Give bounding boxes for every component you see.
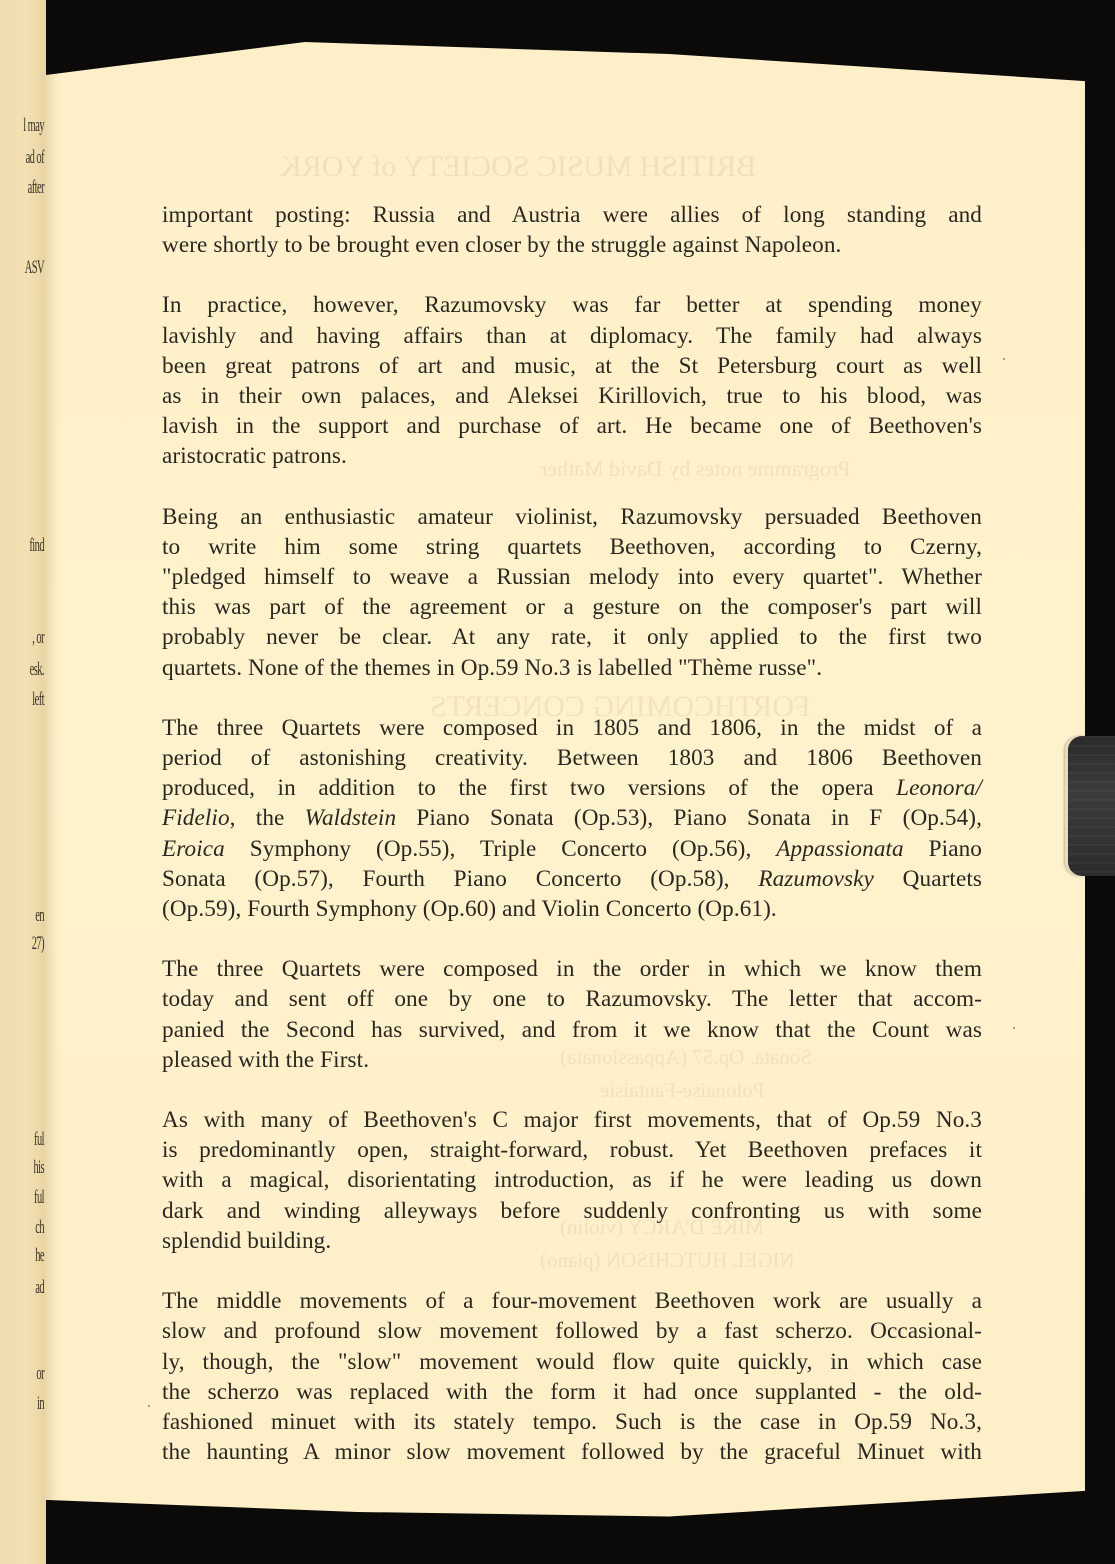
text-run: , the [230,805,305,831]
facing-page-text-fragment: ASV [20,258,44,277]
text-run: Piano [904,836,982,862]
facing-page-text-fragment: ful [20,1130,44,1149]
text-run: The three Quartets were composed in 1805… [162,715,982,741]
facing-page-text-fragment: 27) [20,934,44,953]
text-run: ly, though, the "slow" movement would fl… [162,1349,982,1375]
text-run: as in their own palaces, and Aleksei Kir… [162,383,982,409]
facing-page-text-fragment: ad of [20,148,44,167]
text-run: is predominantly open, straight-forward,… [162,1137,982,1163]
text-line: Fidelio, the Waldstein Piano Sonata (Op.… [162,803,982,833]
italic-title: Razumovsky [758,866,874,892]
text-run: quartets. None of the themes in Op.59 No… [162,655,822,681]
text-line: period of astonishing creativity. Betwee… [162,743,982,773]
text-run: period of astonishing creativity. Betwee… [162,745,982,771]
text-line: Sonata (Op.57), Fourth Piano Concerto (O… [162,864,982,894]
text-run: lavish in the support and purchase of ar… [162,413,982,439]
text-line: probably never be clear. At any rate, it… [162,622,982,652]
paragraph: As with many of Beethoven's C major firs… [162,1105,982,1256]
paper-speck [1003,358,1005,360]
text-run: the scherzo was replaced with the form i… [162,1379,982,1405]
text-line: (Op.59), Fourth Symphony (Op.60) and Vio… [162,894,982,924]
text-run: the haunting A minor slow movement follo… [162,1439,982,1465]
facing-page-text-fragment: find [20,536,44,555]
text-run: important posting: Russia and Austria we… [162,202,982,228]
text-line: to write him some string quartets Beetho… [162,532,982,562]
text-line: pleased with the First. [162,1045,982,1075]
text-run: Being an enthusiastic amateur violinist,… [162,504,982,530]
text-line: "pledged himself to weave a Russian melo… [162,562,982,592]
text-line: the scherzo was replaced with the form i… [162,1377,982,1407]
text-run: Quartets [874,866,982,892]
text-run: slow and profound slow movement followed… [162,1318,982,1344]
text-line: slow and profound slow movement followed… [162,1316,982,1346]
binder-tab [1068,736,1115,876]
italic-title: Fidelio [162,805,230,831]
italic-title: Waldstein [305,805,397,831]
text-line: lavish in the support and purchase of ar… [162,411,982,441]
text-run: lavishly and having affairs than at dipl… [162,323,982,349]
text-line: been great patrons of art and music, at … [162,351,982,381]
text-line: The middle movements of a four-movement … [162,1286,982,1316]
text-line: dark and winding alleyways before sudden… [162,1196,982,1226]
text-line: As with many of Beethoven's C major firs… [162,1105,982,1135]
text-run: this was part of the agreement or a gest… [162,594,982,620]
text-line: The three Quartets were composed in the … [162,954,982,984]
text-line: quartets. None of the themes in Op.59 No… [162,653,982,683]
text-run: today and sent off one by one to Razumov… [162,986,982,1012]
facing-page-text-fragment: after [20,178,44,197]
text-run: aristocratic patrons. [162,443,347,469]
paragraph: The three Quartets were composed in the … [162,954,982,1075]
text-line: aristocratic patrons. [162,441,982,471]
facing-page-text-fragment: in [20,1394,44,1413]
text-line: as in their own palaces, and Aleksei Kir… [162,381,982,411]
text-run: "pledged himself to weave a Russian melo… [162,564,982,590]
text-run: The three Quartets were composed in the … [162,956,982,982]
facing-page-text-fragment: or [20,1364,44,1383]
text-run: Sonata (Op.57), Fourth Piano Concerto (O… [162,866,758,892]
scanned-document: l mayad ofafterASVfind, oresk.leften27)f… [0,0,1115,1564]
text-line: this was part of the agreement or a gest… [162,592,982,622]
facing-page-text-fragment: ful [20,1188,44,1207]
text-run: dark and winding alleyways before sudden… [162,1198,982,1224]
italic-title: Leonora/ [896,775,982,801]
text-line: ly, though, the "slow" movement would fl… [162,1347,982,1377]
paragraph: The middle movements of a four-movement … [162,1286,982,1467]
facing-page-text-fragment: left [20,690,44,709]
facing-page-text-fragment: , or [20,628,44,647]
text-line: important posting: Russia and Austria we… [162,200,982,230]
text-line: In practice, however, Razumovsky was far… [162,290,982,320]
text-run: In practice, however, Razumovsky was far… [162,292,982,318]
text-line: with a magical, disorientating introduct… [162,1165,982,1195]
text-run: Symphony (Op.55), Triple Concerto (Op.56… [225,836,776,862]
text-run: produced, in addition to the first two v… [162,775,896,801]
text-line: today and sent off one by one to Razumov… [162,984,982,1014]
text-run: splendid building. [162,1228,331,1254]
text-run: fashioned minuet with its stately tempo.… [162,1409,982,1435]
facing-page-text-fragment: his [20,1158,44,1177]
paper-speck [1013,1027,1015,1029]
text-run: pleased with the First. [162,1047,369,1073]
text-line: lavishly and having affairs than at dipl… [162,321,982,351]
paragraph: important posting: Russia and Austria we… [162,200,982,260]
facing-page-edge: l mayad ofafterASVfind, oresk.leften27)f… [0,0,46,1564]
text-line: is predominantly open, straight-forward,… [162,1135,982,1165]
binder-tab-texture [1068,736,1115,876]
text-line: panied the Second has survived, and from… [162,1015,982,1045]
text-line: fashioned minuet with its stately tempo.… [162,1407,982,1437]
text-run: Piano Sonata (Op.53), Piano Sonata in F … [396,805,982,831]
facing-page-text-fragment: ch [20,1218,44,1237]
text-run: were shortly to be brought even closer b… [162,232,841,258]
text-run: panied the Second has survived, and from… [162,1017,982,1043]
italic-title: Appassionata [776,836,903,862]
text-line: produced, in addition to the first two v… [162,773,982,803]
facing-page-text-fragment: ad [20,1278,44,1297]
paragraph: In practice, however, Razumovsky was far… [162,290,982,471]
text-run: with a magical, disorientating introduct… [162,1167,982,1193]
text-run: probably never be clear. At any rate, it… [162,624,982,650]
paper-speck [148,1405,150,1407]
text-line: Eroica Symphony (Op.55), Triple Concerto… [162,834,982,864]
paragraph: Being an enthusiastic amateur violinist,… [162,502,982,683]
text-run: The middle movements of a four-movement … [162,1288,982,1314]
facing-page-text-fragment: en [20,906,44,925]
text-line: The three Quartets were composed in 1805… [162,713,982,743]
text-line: were shortly to be brought even closer b… [162,230,982,260]
text-line: splendid building. [162,1226,982,1256]
facing-page-text-fragment: l may [20,116,44,135]
paragraph: The three Quartets were composed in 1805… [162,713,982,924]
text-run: been great patrons of art and music, at … [162,353,982,379]
text-line: Being an enthusiastic amateur violinist,… [162,502,982,532]
facing-page-text-fragment: esk. [20,660,44,679]
facing-page-text-fragment: he [20,1246,44,1265]
italic-title: Eroica [162,836,225,862]
text-line: the haunting A minor slow movement follo… [162,1437,982,1467]
body-text: important posting: Russia and Austria we… [162,200,982,1497]
text-run: As with many of Beethoven's C major firs… [162,1107,982,1133]
text-run: to write him some string quartets Beetho… [162,534,982,560]
text-run: (Op.59), Fourth Symphony (Op.60) and Vio… [162,896,777,922]
